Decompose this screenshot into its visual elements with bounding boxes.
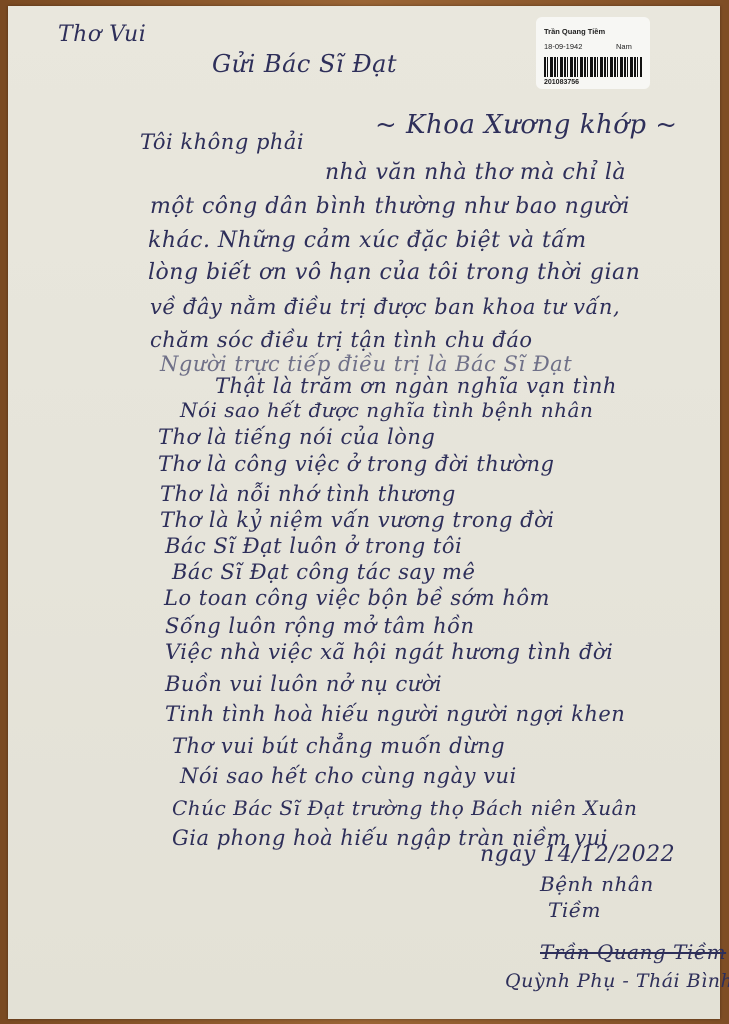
letter-date: ngày 14/12/2022 <box>480 842 675 867</box>
patient-dob: 18-09-1942 <box>544 42 582 51</box>
letter-line: Việc nhà việc xã hội ngát hương tình đời <box>165 640 613 664</box>
letter-line: lòng biết ơn vô hạn của tôi trong thời g… <box>148 260 640 285</box>
barcode-icon <box>544 57 642 77</box>
letter-line: Thơ là công việc ở trong đời thường <box>158 452 554 476</box>
letter-line: Thơ vui bút chẳng muốn dừng <box>172 734 505 758</box>
letter-line: Tôi không phải <box>140 130 304 154</box>
letter-line: Bác Sĩ Đạt công tác say mê <box>172 560 475 584</box>
letter-addressee: Gửi Bác Sĩ Đạt <box>212 50 397 78</box>
letter-line: Thật là trăm ơn ngàn nghĩa vạn tình <box>215 374 617 398</box>
letter-line: nhà văn nhà thơ mà chỉ là <box>325 160 626 185</box>
letter-line: về đây nằm điều trị được ban khoa tư vấn… <box>150 295 620 319</box>
signer-address: Quỳnh Phụ - Thái Bình <box>505 970 729 992</box>
letter-line: khác. Những cảm xúc đặc biệt và tấm <box>148 228 587 253</box>
letter-line: một công dân bình thường như bao người <box>150 194 630 219</box>
letter-line: Sống luôn rộng mở tâm hồn <box>165 614 474 638</box>
letter-line: Buồn vui luôn nở nụ cười <box>165 672 442 696</box>
barcode-number: 201083756 <box>544 79 579 86</box>
letter-line: Thơ là nỗi nhớ tình thương <box>160 482 456 506</box>
patient-name: Trần Quang Tiềm <box>544 27 605 36</box>
signer-name: Trần Quang Tiềm <box>540 940 726 964</box>
letter-line: Tinh tình hoà hiếu người người ngợi khen <box>165 702 625 726</box>
letter-line: Lo toan công việc bộn bề sớm hôm <box>164 586 550 610</box>
letter-line: Thơ là tiếng nói của lòng <box>158 425 435 449</box>
patient-label-sticker: Trần Quang Tiềm 18-09-1942 Nam 201083756 <box>536 17 650 89</box>
letter-line: Nói sao hết được nghĩa tình bệnh nhân <box>180 398 593 422</box>
letter-heading: Thơ Vui <box>58 22 146 47</box>
letter-line: Bác Sĩ Đạt luôn ở trong tôi <box>165 534 462 558</box>
letter-line: chăm sóc điều trị tận tình chu đáo <box>150 328 533 352</box>
letter-line: Thơ là kỷ niệm vấn vương trong đời <box>160 508 554 532</box>
signature: Tiềm <box>548 898 601 922</box>
letter-line: Người trực tiếp điều trị là Bác Sĩ Đạt <box>160 352 572 376</box>
patient-sex: Nam <box>616 42 632 51</box>
letter-line: Nói sao hết cho cùng ngày vui <box>180 764 517 788</box>
letter-line: Chúc Bác Sĩ Đạt trường thọ Bách niên Xuâ… <box>172 796 637 820</box>
signer-role: Bệnh nhân <box>540 872 654 896</box>
letter-department: ~ Khoa Xương khớp ~ <box>375 110 678 140</box>
